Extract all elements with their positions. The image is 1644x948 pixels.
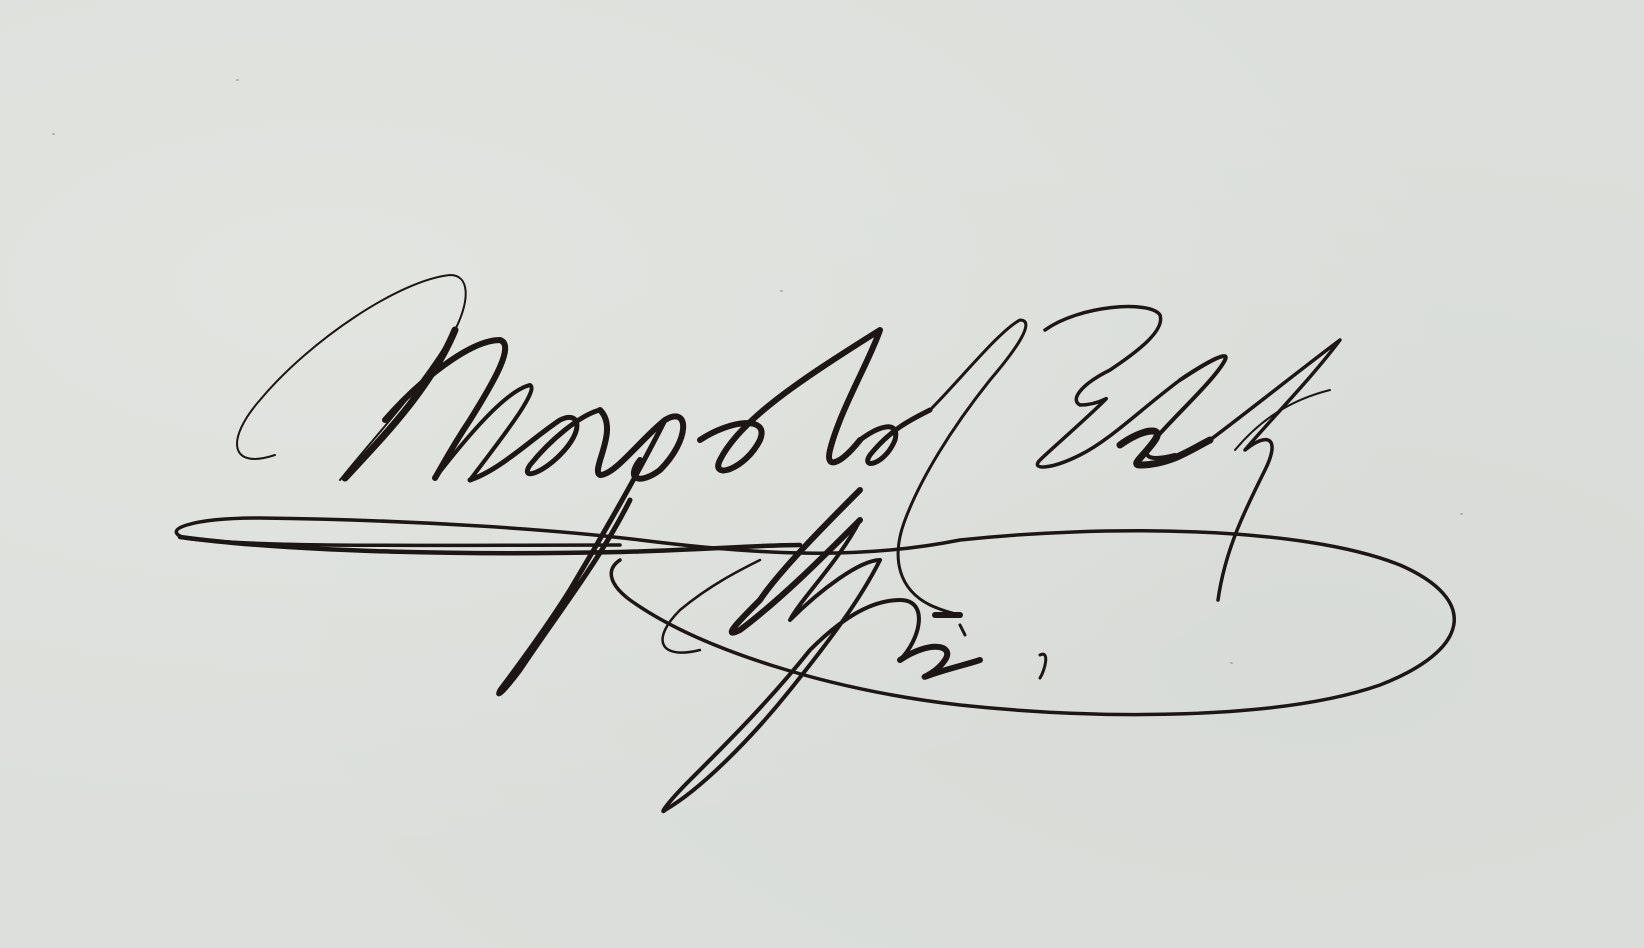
- letters-elek: [1037, 307, 1340, 600]
- letter-m: [237, 275, 532, 480]
- oval-underline: [176, 518, 1454, 715]
- paper-background: Magda Elek Mpai: [0, 0, 1644, 948]
- signature-drawing: [0, 0, 1644, 948]
- descender-loop: [898, 320, 1026, 615]
